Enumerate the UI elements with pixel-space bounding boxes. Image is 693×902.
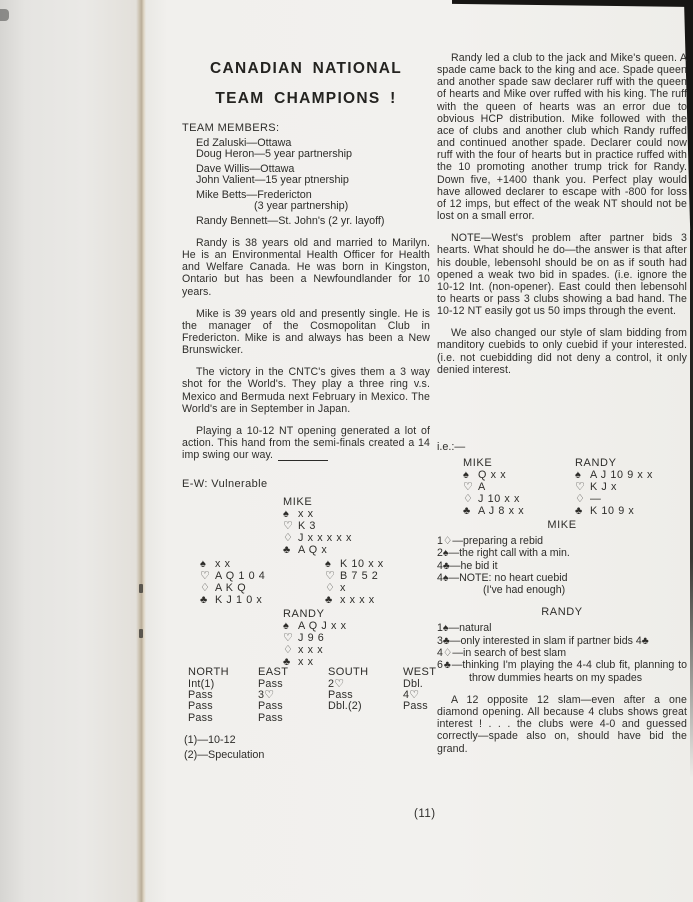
- mike-bids-list: 1♢—preparing a rebid 2♠—the right call w…: [437, 535, 687, 596]
- slam-hands: MIKE ♠Q x x ♡A ♢J 10 x x ♣A J 8 x x RAND…: [437, 457, 687, 517]
- scan-smudge: [0, 9, 9, 21]
- paragraph: Mike is 39 years old and presently singl…: [182, 308, 430, 357]
- team-member-note: (3 year partnership): [254, 201, 430, 212]
- heart-icon: ♡: [200, 570, 215, 582]
- spine-crease: [136, 0, 146, 902]
- north-hand: MIKE ♠x x ♡K 3 ♢J x x x x x ♣A Q x: [283, 496, 430, 556]
- auction-call: Pass: [258, 701, 328, 712]
- mike-spades: Q x x: [478, 469, 506, 481]
- section-divider: [278, 460, 328, 461]
- south-hand: RANDY ♠A Q J x x ♡J 9 6 ♢x x x ♣x x: [283, 608, 430, 668]
- south-player-name: RANDY: [283, 608, 430, 620]
- spade-icon: ♠: [283, 620, 298, 632]
- heart-icon: ♡: [575, 481, 590, 493]
- randy-hearts: K J x: [590, 481, 617, 493]
- page-title-line2: TEAM CHAMPIONS !: [182, 84, 430, 114]
- randy-spades: A J 10 9 x x: [590, 469, 653, 481]
- club-icon: ♣: [283, 544, 298, 556]
- staple-bottom: [139, 629, 143, 638]
- bid-item: 4♠—NOTE: no heart cuebid: [437, 572, 687, 584]
- randy-bids-heading: RANDY: [437, 606, 687, 618]
- club-icon: ♣: [325, 594, 340, 606]
- diamond-icon: ♢: [325, 582, 340, 594]
- auction-call: Pass: [258, 713, 328, 724]
- mike-diamonds: J 10 x x: [478, 493, 520, 505]
- auction-section: NORTH EAST SOUTH WEST Int(1) Pass 2♡ Dbl…: [182, 666, 430, 764]
- paragraph: Randy is 38 years old and married to Mar…: [182, 237, 430, 298]
- east-spades: K 10 x x: [340, 558, 384, 570]
- closing-paragraph: A 12 opposite 12 slam—even after a one d…: [437, 694, 687, 755]
- club-icon: ♣: [463, 505, 478, 517]
- bid-item: 1♢—preparing a rebid: [437, 535, 687, 547]
- randy-bids-list: 1♠—natural 3♣—only interested in slam if…: [437, 622, 687, 683]
- north-clubs: A Q x: [298, 544, 327, 556]
- club-icon: ♣: [575, 505, 590, 517]
- deal-section: E-W: Vulnerable MIKE ♠x x ♡K 3 ♢J x x x …: [182, 452, 430, 668]
- bid-item: 4♢—in search of best slam: [437, 647, 687, 659]
- team-member: Doug Heron—5 year partnership: [196, 149, 430, 160]
- spade-icon: ♠: [463, 469, 478, 481]
- mike-hearts: A: [478, 481, 486, 493]
- randy-slam-hand: RANDY ♠A J 10 9 x x ♡K J x ♢— ♣K 10 9 x: [575, 457, 653, 517]
- auction-call: Dbl.(2): [328, 701, 403, 712]
- randy-clubs: K 10 9 x: [590, 505, 634, 517]
- mike-bids-heading: MIKE: [437, 519, 687, 531]
- footnote: (1)—10-12: [184, 733, 430, 749]
- auction-footnotes: (1)—10-12 (2)—Speculation: [182, 733, 430, 764]
- spade-icon: ♠: [575, 469, 590, 481]
- randy-diamonds: —: [590, 493, 601, 505]
- page-number: (11): [414, 808, 436, 820]
- auction-call: Pass: [188, 701, 258, 712]
- east-hand: ♠K 10 x x ♡B 7 5 2 ♢x ♣x x x x: [325, 558, 384, 606]
- staple-top: [139, 584, 143, 593]
- bid-item: 2♠—the right call with a min.: [437, 547, 687, 559]
- bid-item: 3♣—only interested in slam if partner bi…: [437, 635, 687, 647]
- heart-icon: ♡: [325, 570, 340, 582]
- spade-icon: ♠: [325, 558, 340, 570]
- footnote: (2)—Speculation: [184, 748, 430, 764]
- paragraph: The victory in the CNTC's gives them a 3…: [182, 366, 430, 415]
- south-spades: A Q J x x: [298, 620, 347, 632]
- east-west-hands: ♠x x ♡A Q 1 0 4 ♢A K Q ♣K J 1 0 x ♠K 10 …: [182, 558, 430, 606]
- bid-item-continuation: (I've had enough): [437, 584, 687, 596]
- diamond-icon: ♢: [283, 532, 298, 544]
- team-member: Randy Bennett—St. John's (2 yr. layoff): [196, 216, 430, 227]
- diamond-icon: ♢: [463, 493, 478, 505]
- bid-item: 6♣—thinking I'm playing the 4-4 club fit…: [437, 659, 687, 684]
- page-title-line1: CANADIAN NATIONAL: [182, 54, 430, 84]
- heart-icon: ♡: [283, 632, 298, 644]
- paragraph: Randy led a club to the jack and Mike's …: [437, 52, 687, 222]
- auction-call: Pass: [188, 713, 258, 724]
- east-diamonds: x: [340, 582, 346, 594]
- west-spades: x x: [215, 558, 231, 570]
- south-diamonds: x x x: [298, 644, 323, 656]
- east-hearts: B 7 5 2: [340, 570, 378, 582]
- slam-example-section: i.e.:— MIKE ♠Q x x ♡A ♢J 10 x x ♣A J 8 x…: [437, 441, 687, 517]
- ie-label: i.e.:—: [437, 441, 687, 453]
- facing-page-background: [0, 0, 140, 902]
- north-player-name: MIKE: [283, 496, 430, 508]
- auction-table: NORTH EAST SOUTH WEST Int(1) Pass 2♡ Dbl…: [182, 666, 430, 724]
- west-hand: ♠x x ♡A Q 1 0 4 ♢A K Q ♣K J 1 0 x: [200, 558, 325, 606]
- north-diamonds: J x x x x x: [298, 532, 352, 544]
- spade-icon: ♠: [200, 558, 215, 570]
- north-hearts: K 3: [298, 520, 316, 532]
- left-column-top: CANADIAN NATIONAL TEAM CHAMPIONS ! TEAM …: [182, 54, 430, 461]
- heart-icon: ♡: [463, 481, 478, 493]
- bid-explanations: MIKE 1♢—preparing a rebid 2♠—the right c…: [437, 519, 687, 755]
- south-hearts: J 9 6: [298, 632, 324, 644]
- diamond-icon: ♢: [200, 582, 215, 594]
- team-members-list: Ed Zaluski—Ottawa Doug Heron—5 year part…: [196, 138, 430, 227]
- randy-name: RANDY: [575, 457, 653, 469]
- paragraph: We also changed our style of slam biddin…: [437, 327, 687, 376]
- bid-item: 1♠—natural: [437, 622, 687, 634]
- deal-diagram: MIKE ♠x x ♡K 3 ♢J x x x x x ♣A Q x ♠x x …: [182, 496, 430, 668]
- bid-item: 4♣—he bid it: [437, 560, 687, 572]
- mike-name: MIKE: [463, 457, 575, 469]
- vulnerability-label: E-W: Vulnerable: [182, 478, 430, 490]
- paragraph: NOTE—West's problem after partner bids 3…: [437, 232, 687, 317]
- west-hearts: A Q 1 0 4: [215, 570, 265, 582]
- west-clubs: K J 1 0 x: [215, 594, 262, 606]
- west-diamonds: A K Q: [215, 582, 246, 594]
- mike-slam-hand: MIKE ♠Q x x ♡A ♢J 10 x x ♣A J 8 x x: [463, 457, 575, 517]
- spade-icon: ♠: [283, 508, 298, 520]
- diamond-icon: ♢: [283, 644, 298, 656]
- right-column-top: Randy led a club to the jack and Mike's …: [437, 52, 687, 376]
- mike-clubs: A J 8 x x: [478, 505, 524, 517]
- team-members-heading: TEAM MEMBERS:: [182, 122, 430, 134]
- club-icon: ♣: [200, 594, 215, 606]
- team-member: John Valient—15 year ptnership: [196, 175, 430, 186]
- north-spades: x x: [298, 508, 314, 520]
- page-title: CANADIAN NATIONAL TEAM CHAMPIONS !: [182, 54, 430, 114]
- east-clubs: x x x x: [340, 594, 375, 606]
- diamond-icon: ♢: [575, 493, 590, 505]
- auction-call: [328, 713, 403, 724]
- heart-icon: ♡: [283, 520, 298, 532]
